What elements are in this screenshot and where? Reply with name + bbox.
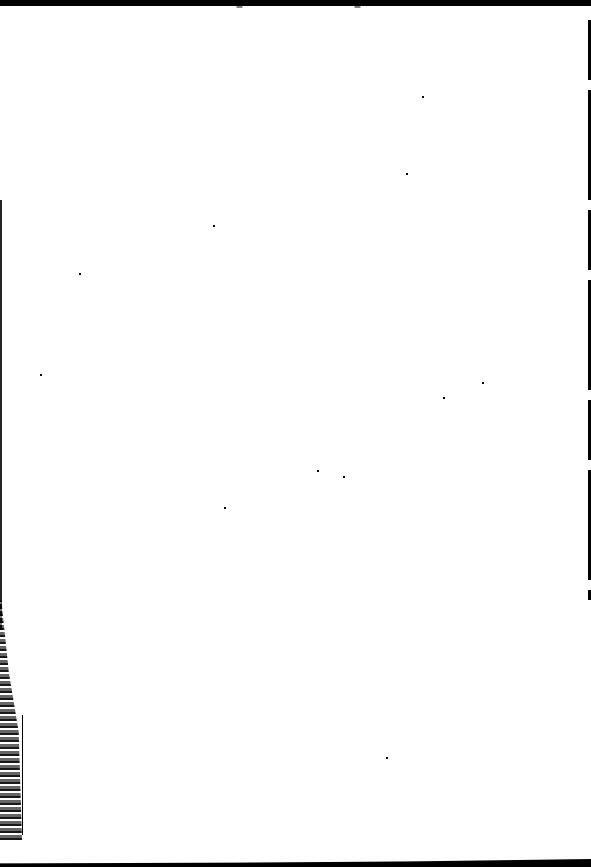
binding-rule: [22, 715, 23, 835]
scan-speck: [224, 507, 226, 509]
page-left-edge: [0, 200, 2, 630]
scanned-page: [0, 0, 591, 867]
scan-speck: [40, 374, 42, 376]
scan-speck: [406, 173, 408, 175]
scan-speck: [343, 476, 345, 478]
scan-speck: [482, 382, 484, 384]
scan-speck: [386, 757, 388, 759]
scan-speck: [317, 470, 319, 472]
scan-speck: [443, 397, 445, 399]
scan-top-border: [0, 0, 591, 6]
scan-speck: [213, 225, 215, 227]
scan-speck: [422, 96, 424, 98]
scan-speck: [79, 273, 81, 275]
scan-bottom-border: [0, 859, 591, 867]
binding-shadow: [0, 600, 22, 840]
